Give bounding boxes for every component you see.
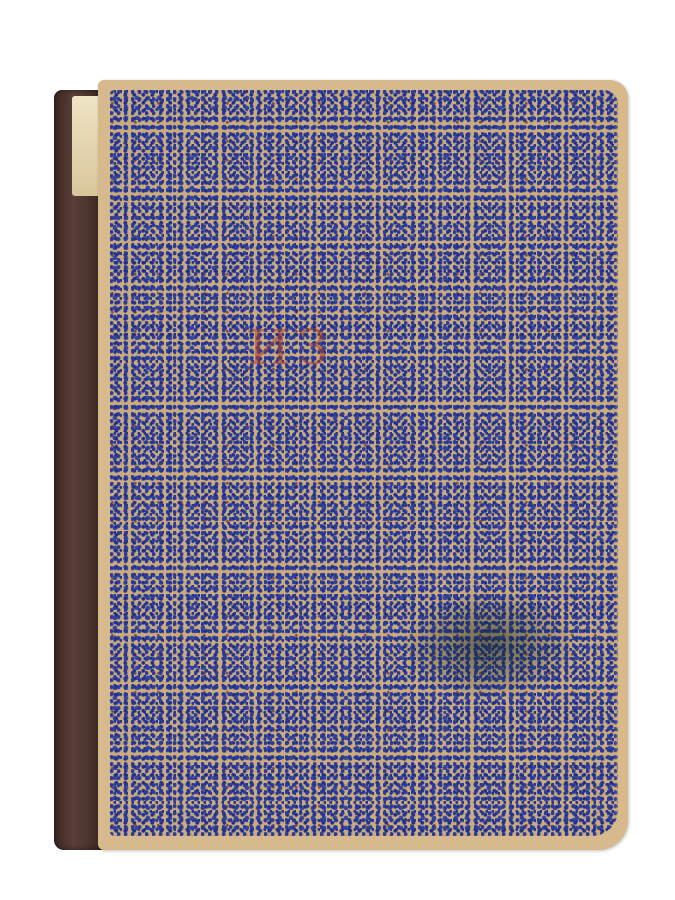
torn-spine-top	[72, 96, 100, 196]
worn-edge	[614, 80, 628, 850]
book: ИЗ	[50, 80, 630, 852]
book-cover: ИЗ	[98, 80, 628, 850]
faded-handwriting: ИЗ	[248, 320, 336, 376]
marbled-pattern	[110, 90, 618, 836]
dark-stain	[398, 590, 578, 700]
